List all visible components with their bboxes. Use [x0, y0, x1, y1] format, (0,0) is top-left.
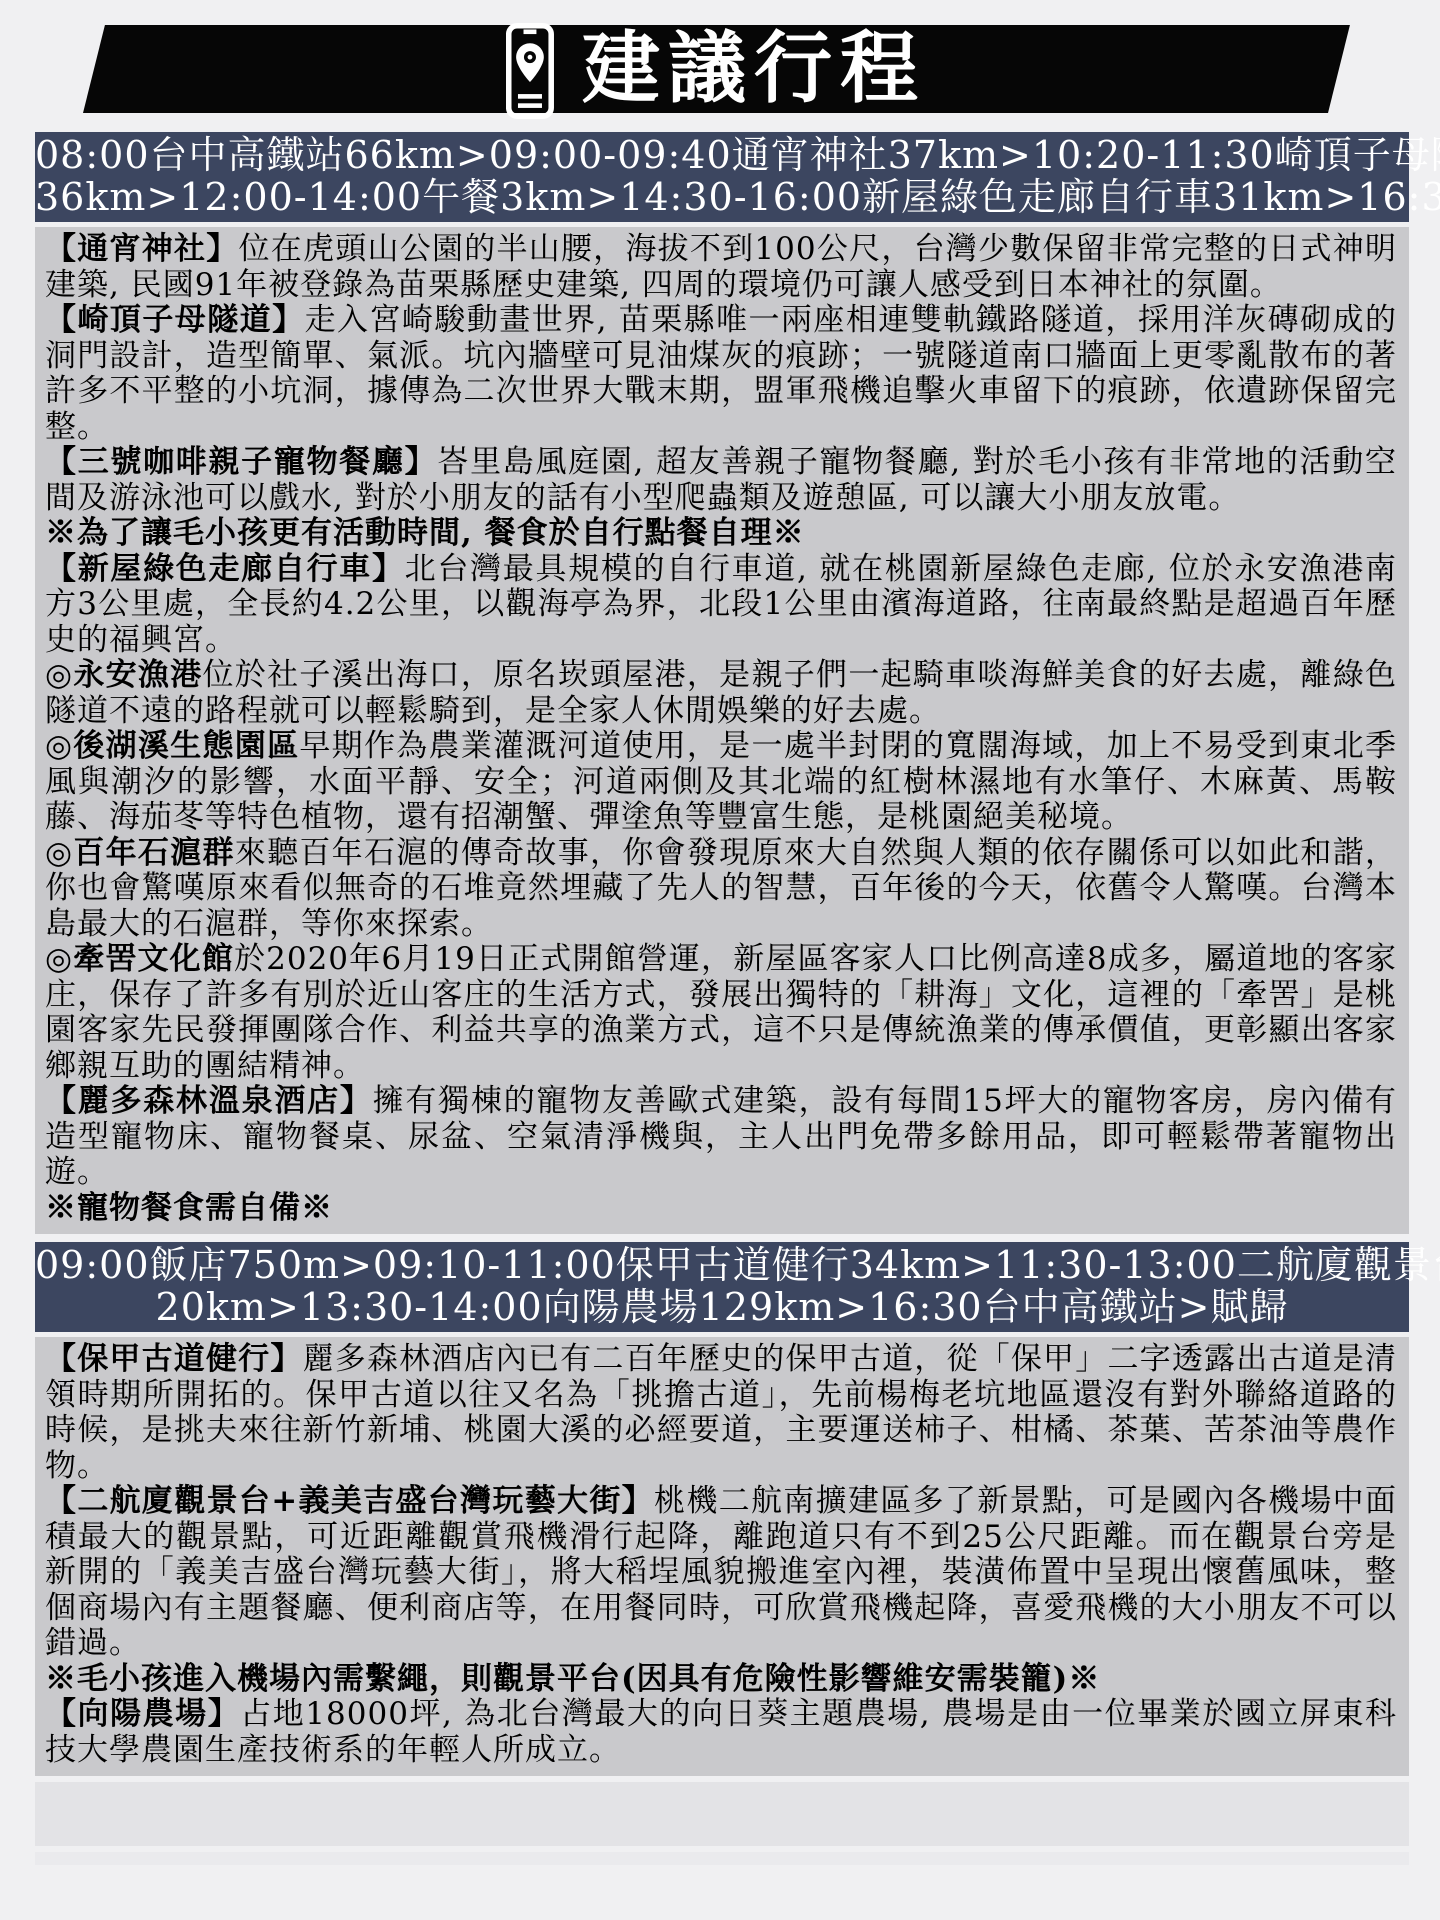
schedule-line: 08:00台中高鐵站66km>09:00-09:40通宵神社37km>10:20…: [35, 134, 1409, 176]
schedule-line: 20km>13:30-14:00向陽農場129km>16:30台中高鐵站>賦歸: [35, 1286, 1409, 1328]
day1-description-panel: 【通宵神社】位在虎頭山公園的半山腰，海拔不到100公尺，台灣少數保留非常完整的日…: [35, 227, 1409, 1234]
info-paragraph: 【向陽農場】占地18000坪, 為北台灣最大的向日葵主題農場, 農場是由一位畢業…: [45, 1697, 1397, 1768]
info-paragraph: 【崎頂子母隧道】走入宮崎駿動畫世界, 苗栗縣唯一兩座相連雙軌鐵路隧道，採用洋灰磚…: [45, 303, 1397, 445]
empty-panel: [35, 1782, 1409, 1846]
note-paragraph: ※毛小孩進入機場內需繫繩，則觀景平台(因具有危險性影響維安需裝籠)※: [45, 1662, 1397, 1698]
title-banner-content: 建議行程: [506, 25, 926, 113]
note-paragraph: ※為了讓毛小孩更有活動時間, 餐食於自行點餐自理※: [45, 516, 1397, 552]
paragraph-lead: 【保甲古道健行】: [45, 1341, 303, 1377]
info-paragraph: ◎百年石滬群來聽百年石滬的傳奇故事，你會發現原來大自然與人類的依存關係可以如此和…: [45, 836, 1397, 943]
info-paragraph: 【二航廈觀景台+義美吉盛台灣玩藝大街】桃機二航南擴建區多了新景點，可是國內各機場…: [45, 1484, 1397, 1662]
phone-map-pin-icon: [506, 23, 554, 119]
empty-strip: [35, 1852, 1409, 1865]
paragraph-lead: ◎牽罟文化館: [45, 941, 234, 977]
day2-description-panel: 【保甲古道健行】麗多森林酒店內已有二百年歷史的保甲古道，從「保甲」二字透露出古道…: [35, 1337, 1409, 1776]
schedule-bar-day2: 09:00飯店750m>09:10-11:00保甲古道健行34km>11:30-…: [35, 1242, 1409, 1332]
paragraph-lead: ◎後湖溪生態園區: [45, 728, 299, 764]
paragraph-lead: 【新屋綠色走廊自行車】: [45, 551, 405, 587]
info-paragraph: ◎牽罟文化館於2020年6月19日正式開館營運，新屋區客家人口比例高達8成多，屬…: [45, 942, 1397, 1084]
days-container: 08:00台中高鐵站66km>09:00-09:40通宵神社37km>10:20…: [0, 132, 1440, 1776]
schedule-line: 09:00飯店750m>09:10-11:00保甲古道健行34km>11:30-…: [35, 1244, 1409, 1286]
info-paragraph: 【保甲古道健行】麗多森林酒店內已有二百年歷史的保甲古道，從「保甲」二字透露出古道…: [45, 1342, 1397, 1484]
paragraph-lead: ◎永安漁港: [45, 657, 203, 693]
title-banner: 建議行程: [83, 25, 1350, 113]
info-paragraph: 【通宵神社】位在虎頭山公園的半山腰，海拔不到100公尺，台灣少數保留非常完整的日…: [45, 232, 1397, 303]
paragraph-lead: 【向陽農場】: [45, 1696, 240, 1732]
info-paragraph: 【三號咖啡親子寵物餐廳】峇里島風庭園, 超友善親子寵物餐廳, 對於毛小孩有非常地…: [45, 445, 1397, 516]
paragraph-lead: 【麗多森林溫泉酒店】: [45, 1083, 373, 1119]
paragraph-lead: 【三號咖啡親子寵物餐廳】: [45, 444, 437, 480]
info-paragraph: ◎後湖溪生態園區早期作為農業灌溉河道使用，是一處半封閉的寬闊海域，加上不易受到東…: [45, 729, 1397, 836]
info-paragraph: 【麗多森林溫泉酒店】擁有獨棟的寵物友善歐式建築，設有每間15坪大的寵物客房，房內…: [45, 1084, 1397, 1191]
info-paragraph: ◎永安漁港位於社子溪出海口，原名崁頭屋港，是親子們一起騎車啖海鮮美食的好去處，離…: [45, 658, 1397, 729]
schedule-bar-day1: 08:00台中高鐵站66km>09:00-09:40通宵神社37km>10:20…: [35, 132, 1409, 222]
schedule-line: 36km>12:00-14:00午餐3km>14:30-16:00新屋綠色走廊自…: [35, 176, 1409, 218]
paragraph-lead: 【崎頂子母隧道】: [45, 302, 305, 338]
paragraph-lead: 【通宵神社】: [45, 231, 238, 267]
info-paragraph: 【新屋綠色走廊自行車】北台灣最具規模的自行車道, 就在桃園新屋綠色走廊, 位於永…: [45, 552, 1397, 659]
itinerary-page: 建議行程 08:00台中高鐵站66km>09:00-09:40通宵神社37km>…: [0, 25, 1440, 1865]
page-title: 建議行程: [582, 25, 926, 113]
note-paragraph: ※寵物餐食需自備※: [45, 1191, 1397, 1227]
paragraph-lead: 【二航廈觀景台+義美吉盛台灣玩藝大街】: [45, 1483, 654, 1519]
paragraph-lead: ◎百年石滬群: [45, 835, 235, 871]
